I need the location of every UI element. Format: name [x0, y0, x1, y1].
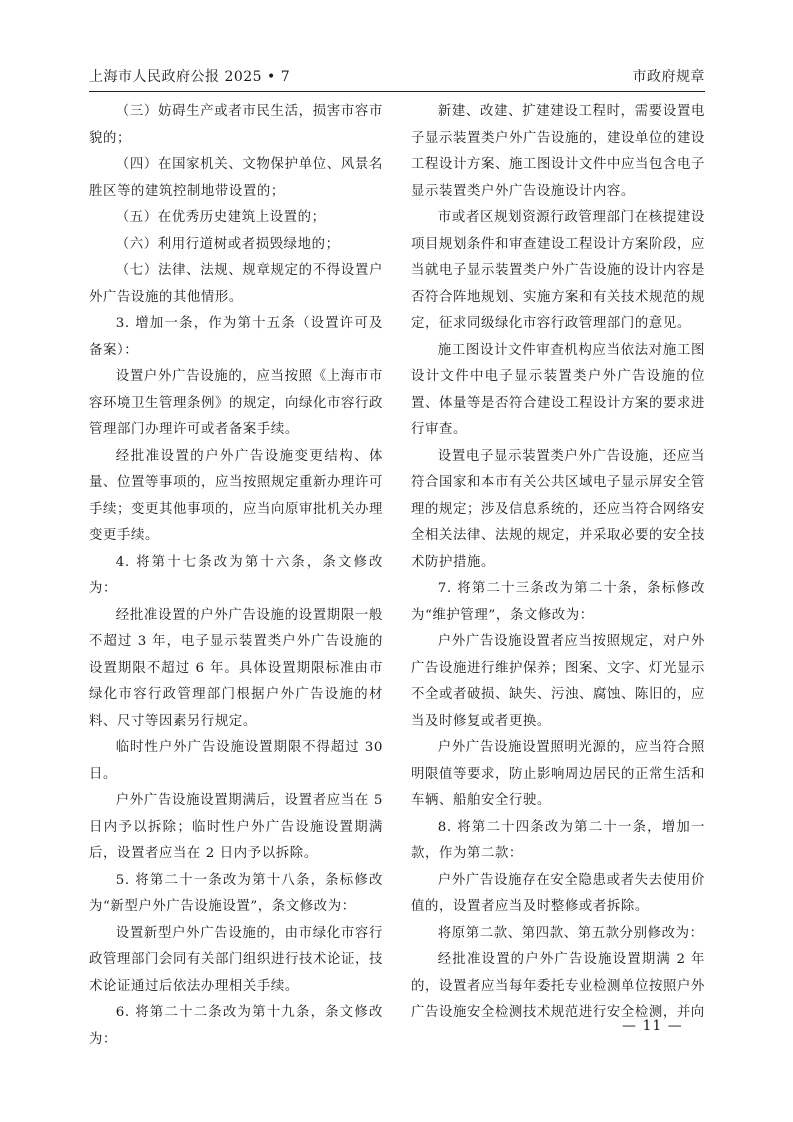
paragraph: 施工图设计文件审查机构应当依法对施工图设计文件中电子显示装置类户外广告设施的位置… [411, 338, 705, 444]
paragraph: 5. 将第二十一条改为第十八条，条标修改为“新型户外广告设施设置”，条文修改为： [89, 868, 383, 921]
paragraph: 设置电子显示装置类户外广告设施，还应当符合国家和本市有关公共区域电子显示屏安全管… [411, 444, 705, 577]
paragraph: 户外广告设施存在安全隐患或者失去使用价值的，设置者应当及时整修或者拆除。 [411, 868, 705, 921]
paragraph: 临时性户外广告设施设置期限不得超过 30 日。 [89, 735, 383, 788]
paragraph: （五）在优秀历史建筑上设置的； [89, 205, 383, 232]
paragraph: 8. 将第二十四条改为第二十一条，增加一款，作为第二款： [411, 815, 705, 868]
paragraph: 户外广告设施设置照明光源的，应当符合照明限值等要求，防止影响周边居民的正常生活和… [411, 735, 705, 815]
paragraph: 经批准设置的户外广告设施设置期满 2 年的，设置者应当每年委托专业检测单位按照户… [411, 947, 705, 1027]
paragraph: （四）在国家机关、文物保护单位、风景名胜区等的建筑控制地带设置的； [89, 152, 383, 205]
paragraph: 4. 将第十七条改为第十六条，条文修改为： [89, 550, 383, 603]
header-divider [89, 91, 705, 92]
paragraph: 新建、改建、扩建建设工程时，需要设置电子显示装置类户外广告设施的，建设单位的建设… [411, 99, 705, 205]
page-number: — 11 — [622, 1018, 683, 1034]
publication-title: 上海市人民政府公报 2025 • 7 [89, 66, 290, 86]
paragraph: 户外广告设施设置者应当按照规定，对户外广告设施进行维护保养；图案、文字、灯光显示… [411, 629, 705, 735]
paragraph: （三）妨碍生产或者市民生活，损害市容市貌的； [89, 99, 383, 152]
right-column: 新建、改建、扩建建设工程时，需要设置电子显示装置类户外广告设施的，建设单位的建设… [411, 99, 705, 1027]
paragraph: 经批准设置的户外广告设施的设置期限一般不超过 3 年，电子显示装置类户外广告设施… [89, 603, 383, 736]
paragraph: （六）利用行道树或者损毁绿地的； [89, 232, 383, 259]
paragraph: （七）法律、法规、规章规定的不得设置户外广告设施的其他情形。 [89, 258, 383, 311]
paragraph: 3. 增加一条，作为第十五条（设置许可及备案）： [89, 311, 383, 364]
paragraph: 市或者区规划资源行政管理部门在核提建设项目规划条件和审查建设工程设计方案阶段，应… [411, 205, 705, 338]
paragraph: 6. 将第二十二条改为第十九条，条文修改为： [89, 1000, 383, 1053]
paragraph: 户外广告设施设置期满后，设置者应当在 5 日内予以拆除；临时性户外广告设施设置期… [89, 788, 383, 868]
paragraph: 设置户外广告设施的，应当按照《上海市市容环境卫生管理条例》的规定，向绿化市容行政… [89, 364, 383, 444]
paragraph: 设置新型户外广告设施的，由市绿化市容行政管理部门会同有关部门组织进行技术论证，技… [89, 921, 383, 1001]
section-title: 市政府规章 [633, 66, 706, 86]
paragraph: 将原第二款、第四款、第五款分别修改为： [411, 921, 705, 948]
paragraph: 7. 将第二十三条改为第二十条，条标修改为“维护管理”，条文修改为： [411, 576, 705, 629]
page-header: 上海市人民政府公报 2025 • 7 市政府规章 [89, 66, 705, 90]
left-column: （三）妨碍生产或者市民生活，损害市容市貌的； （四）在国家机关、文物保护单位、风… [89, 99, 383, 1053]
paragraph: 经批准设置的户外广告设施变更结构、体量、位置等事项的，应当按照规定重新办理许可手… [89, 444, 383, 550]
